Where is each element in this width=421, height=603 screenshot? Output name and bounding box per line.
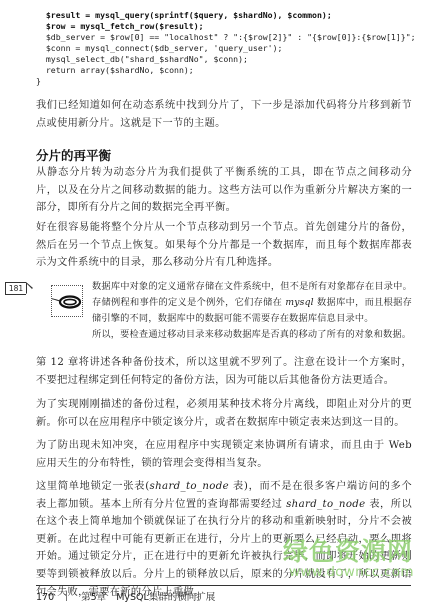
footer-separator: [66, 591, 67, 601]
book-page: $result = mysql_query(sprintf($query, $s…: [0, 0, 421, 603]
margin-page-reference: 181: [5, 282, 26, 295]
paragraph-intro: 我们已经知道如何在动态系统中找到分片了，下一步是添加代码将分片移到新节点或使用新…: [36, 97, 412, 132]
page-footer: 170第5章MySQL集群的横向扩展: [36, 589, 215, 603]
code-line: mysql_select_db("shard_$shardNo", $conn)…: [36, 54, 248, 64]
paragraph-6: 这里简单地锁定一张表(shard_to_node 表)，而不是在很多客户端访问的…: [36, 478, 412, 601]
code-term: shard_to_node: [286, 499, 365, 510]
scorpion-warning-icon: [51, 285, 83, 317]
paragraph-4: 为了实现刚刚描述的备份过程，必须用某种技术将分片离线，即阻止对分片的更新。你可以…: [36, 396, 412, 431]
code-term: shard_to_node: [150, 481, 229, 492]
code-block: $result = mysql_query(sprintf($query, $s…: [36, 10, 416, 87]
code-line: }: [36, 76, 41, 86]
code-line: $db_server = $row[0] == "localhost" ? ":…: [36, 32, 416, 42]
paragraph-3: 第 12 章将讲述各种备份技术，所以这里就不罗列了。注意在设计一个方案时，不要把…: [36, 354, 412, 389]
paragraph-1: 从静态分片转为动态分片为我们提供了平衡系统的工具，即在节点之间移动分片，以及在分…: [36, 164, 412, 217]
paragraph-2: 好在很容易能将整个分片从一个节点移动到另一个节点。首先创建分片的备份，然后在另一…: [36, 219, 412, 272]
page-number: 170: [36, 592, 54, 603]
note-text-2: 所以，要检查通过移动目录来移动数据库是否真的移动了所有的对象和数据。: [92, 327, 412, 343]
paragraph-5: 为了防出现未知冲突，在应用程序中实现锁定来协调所有请求，而且由于 Web 应用天…: [36, 437, 412, 472]
footer-divider: [36, 585, 411, 586]
section-heading: 分片的再平衡: [36, 146, 111, 164]
code-line: return array($shardNo, $conn);: [36, 65, 194, 75]
chapter-label: 第5章: [81, 592, 106, 603]
chapter-title: MySQL集群的横向扩展: [116, 592, 215, 603]
note-text: 数据库中对象的定义通常存储在文件系统中，但不是所有对象都存在目录中。存储例程和事…: [92, 279, 412, 327]
code-line: $conn = mysql_connect($db_server, 'query…: [36, 43, 282, 53]
code-line: $result = mysql_query(sprintf($query, $s…: [36, 10, 332, 20]
code-line: $row = mysql_fetch_row($result);: [36, 21, 204, 31]
